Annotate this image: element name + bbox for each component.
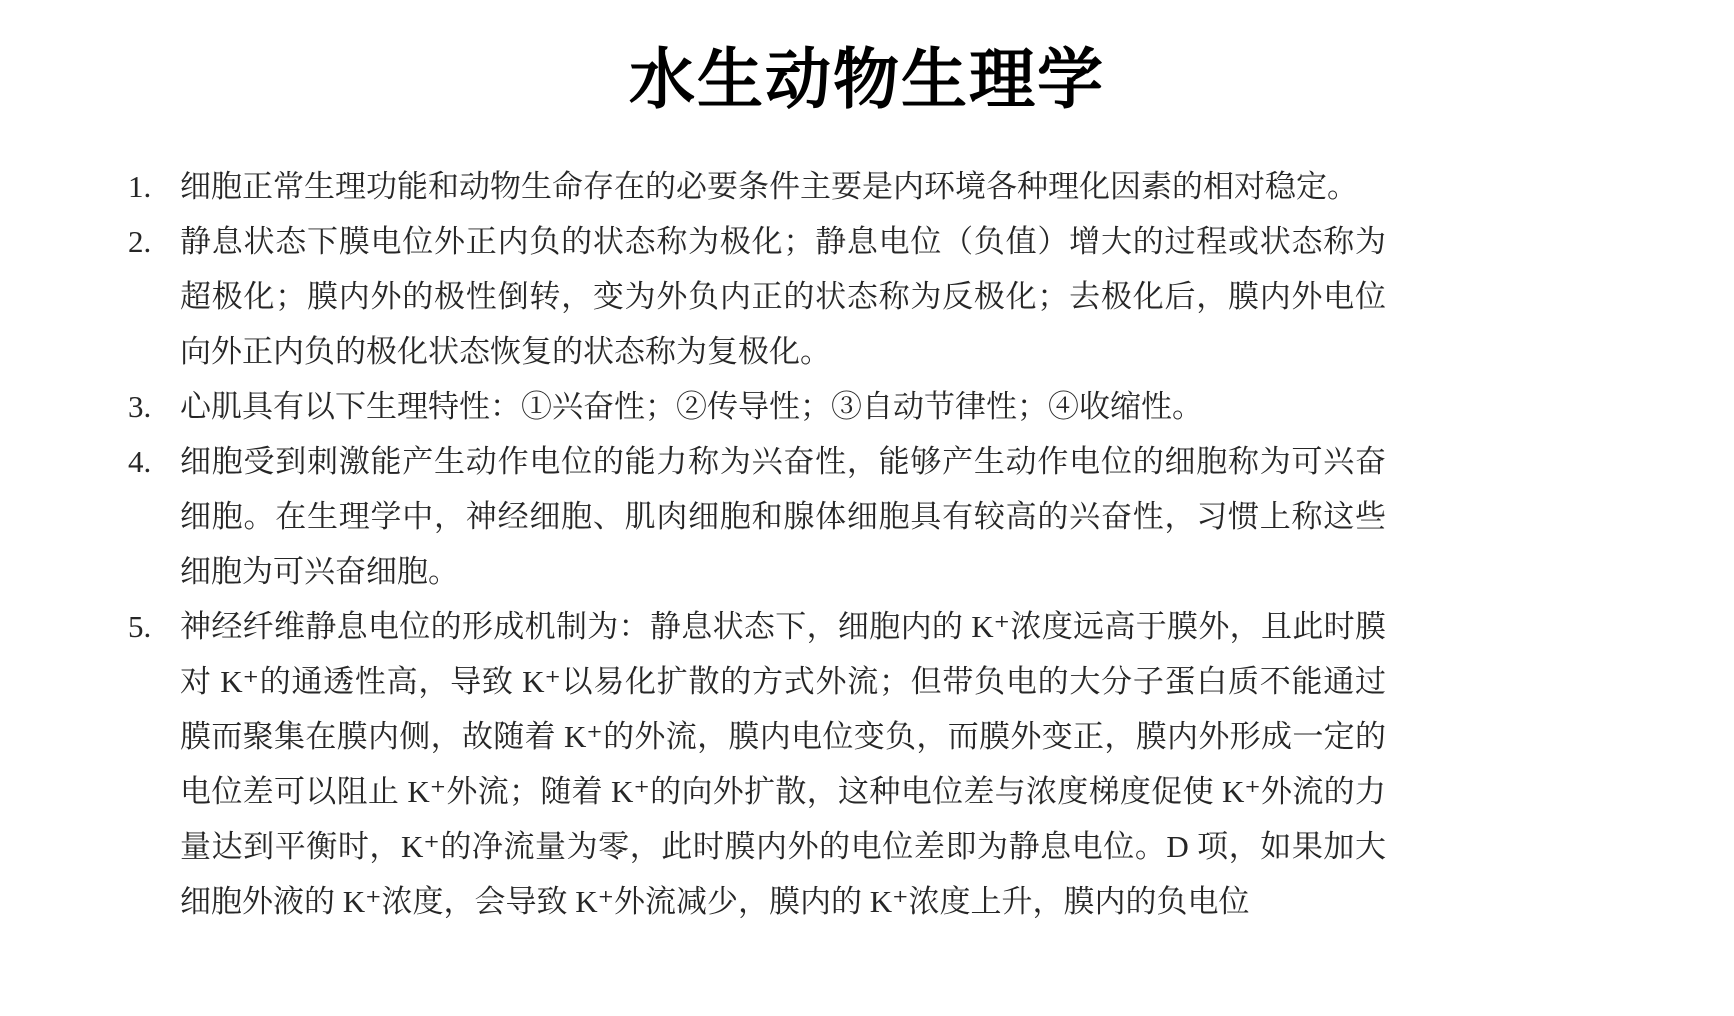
list-item: 3. 心肌具有以下生理特性：①兴奋性；②传导性；③自动节律性；④收缩性。 [128,379,1386,434]
list-item: 2. 静息状态下膜电位外正内负的状态称为极化；静息电位（负值）增大的过程或状态称… [128,214,1386,379]
list-item-number: 4. [128,434,180,489]
list-item-text: 细胞受到刺激能产生动作电位的能力称为兴奋性，能够产生动作电位的细胞称为可兴奋细胞… [180,434,1386,599]
list-item-number: 1. [128,159,180,214]
numbered-list: 1. 细胞正常生理功能和动物生命存在的必要条件主要是内环境各种理化因素的相对稳定… [128,159,1386,929]
list-item: 5. 神经纤维静息电位的形成机制为：静息状态下，细胞内的 K⁺浓度远高于膜外，且… [128,599,1386,929]
list-item: 4. 细胞受到刺激能产生动作电位的能力称为兴奋性，能够产生动作电位的细胞称为可兴… [128,434,1386,599]
list-item-text: 细胞正常生理功能和动物生命存在的必要条件主要是内环境各种理化因素的相对稳定。 [180,159,1386,214]
page-title: 水生动物生理学 [0,40,1734,119]
list-item-number: 5. [128,599,180,654]
list-item-text: 神经纤维静息电位的形成机制为：静息状态下，细胞内的 K⁺浓度远高于膜外，且此时膜… [180,599,1386,929]
list-item-text: 心肌具有以下生理特性：①兴奋性；②传导性；③自动节律性；④收缩性。 [180,379,1386,434]
list-item-number: 2. [128,214,180,269]
list-item-text: 静息状态下膜电位外正内负的状态称为极化；静息电位（负值）增大的过程或状态称为超极… [180,214,1386,379]
list-item: 1. 细胞正常生理功能和动物生命存在的必要条件主要是内环境各种理化因素的相对稳定… [128,159,1386,214]
document-page: 水生动物生理学 1. 细胞正常生理功能和动物生命存在的必要条件主要是内环境各种理… [0,0,1734,1016]
list-item-number: 3. [128,379,180,434]
